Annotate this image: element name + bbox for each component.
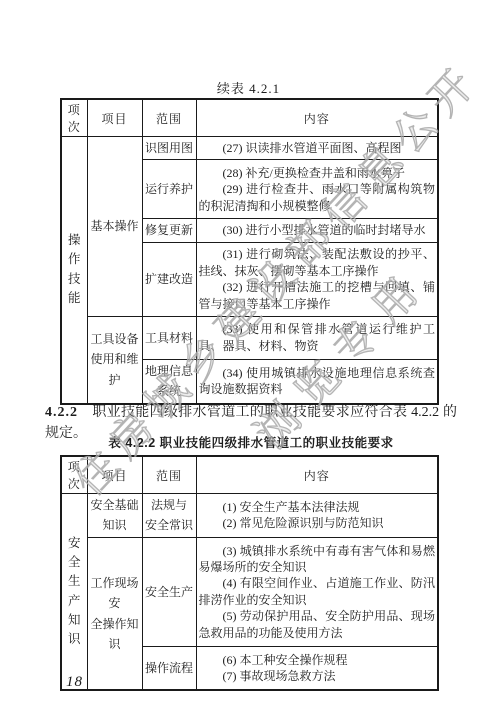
header-item-no: 项次 <box>61 99 87 137</box>
header-content: 内容 <box>196 456 438 494</box>
table-4-2-2: 项次 项目 范围 内容 安全生产知识 安全基础 知识 法规与 安全常识 (1) … <box>60 455 439 691</box>
content-item: (28) 补充/更换检查井盖和雨水箅子 <box>199 165 436 181</box>
table-row: 工具设备 使用和维护 工具材料 (33) 使用和保管排水管道运行维护工具、器具、… <box>61 316 438 359</box>
table-row: 安全生产知识 安全基础 知识 法规与 安全常识 (1) 安全生产基本法律法规 (… <box>61 494 438 538</box>
header-scope: 范围 <box>142 456 196 494</box>
scope-cell: 地理信息 系统 <box>142 359 196 403</box>
table-row: 工作现场安 全操作知识 安全生产 (3) 城镇排水系统中有毒有害气体和易燃易爆场… <box>61 537 438 646</box>
content-cell: (3) 城镇排水系统中有毒有害气体和易燃易爆场所的安全知识 (4) 有限空间作业… <box>196 537 438 646</box>
content-item: (7) 事故现场急救方法 <box>199 668 436 684</box>
scope-cell: 安全生产 <box>142 537 196 646</box>
header-project: 项目 <box>87 99 142 137</box>
header-scope: 范围 <box>142 99 196 137</box>
content-item: (34) 使用城镇排水设施地理信息系统查询设施数据资料 <box>199 365 436 398</box>
project-cell-worksite-safety: 工作现场安 全操作知识 <box>87 537 142 690</box>
content-item: (2) 常见危险源识别与防范知识 <box>199 515 436 531</box>
content-item: (29) 进行检查井、雨水口等附属构筑物的积泥清掏和小规模整修 <box>199 181 436 214</box>
content-item: (3) 城镇排水系统中有毒有害气体和易燃易爆场所的安全知识 <box>199 543 436 576</box>
content-cell: (27) 识读排水管道平面图、高程图 <box>196 137 438 160</box>
content-item: (6) 本工种安全操作规程 <box>199 652 436 668</box>
project-cell-safety-basics: 安全基础 知识 <box>87 494 142 538</box>
content-item: (32) 进行开槽法施工的挖槽与回填、铺管与接口等基本工序操作 <box>199 279 436 312</box>
content-item: (30) 进行小型排水管道的临时封堵导水 <box>199 222 436 238</box>
project-cell-tools-equipment: 工具设备 使用和维护 <box>87 316 142 403</box>
table-header-row: 项次 项目 范围 内容 <box>61 99 438 137</box>
content-item: (1) 安全生产基本法律法规 <box>199 499 436 515</box>
scope-cell: 运行养护 <box>142 160 196 219</box>
scope-cell: 识图用图 <box>142 137 196 160</box>
table-header-row: 项次 项目 范围 内容 <box>61 456 438 494</box>
category-cell-safety-knowledge: 安全生产知识 <box>61 494 87 691</box>
table-4-2-1-continued: 项次 项目 范围 内容 操作技能 基本操作 识图用图 (27) 识读排水管道平面… <box>60 98 439 405</box>
table-row: 操作技能 基本操作 识图用图 (27) 识读排水管道平面图、高程图 <box>61 137 438 160</box>
content-cell: (28) 补充/更换检查井盖和雨水箅子 (29) 进行检查井、雨水口等附属构筑物… <box>196 160 438 219</box>
scope-cell: 扩建改造 <box>142 242 196 316</box>
header-content: 内容 <box>196 99 438 137</box>
section-number: 4.2.2 <box>45 405 78 420</box>
content-cell: (33) 使用和保管排水管道运行维护工具、器具、材料、物资 <box>196 316 438 359</box>
scope-cell: 修复更新 <box>142 219 196 242</box>
content-item: (4) 有限空间作业、占道施工作业、防汛排涝作业的安全知识 <box>199 575 436 608</box>
content-item: (5) 劳动保护用品、安全防护用品、现场急救用品的功能及使用方法 <box>199 608 436 641</box>
scope-cell: 工具材料 <box>142 316 196 359</box>
project-cell-basic-operation: 基本操作 <box>87 137 142 317</box>
content-item: (27) 识读排水管道平面图、高程图 <box>199 140 436 156</box>
content-cell: (30) 进行小型排水管道的临时封堵导水 <box>196 219 438 242</box>
content-item: (31) 进行砌筑法、装配法敷设的抄平、挂线、抹灰、摆砌等基本工序操作 <box>199 246 436 279</box>
table-caption-4-2-2: 表 4.2.2 职业技能四级排水管道工的职业技能要求 <box>45 433 457 451</box>
header-item-no: 项次 <box>61 456 87 494</box>
content-cell: (31) 进行砌筑法、装配法敷设的抄平、挂线、抹灰、摆砌等基本工序操作 (32)… <box>196 242 438 316</box>
document-page: 续表 4.2.1 项次 项目 范围 内容 操作技能 基本操作 识图用图 (2 <box>0 0 500 724</box>
content-cell: (1) 安全生产基本法律法规 (2) 常见危险源识别与防范知识 <box>196 494 438 538</box>
page-number: 18 <box>66 674 83 691</box>
scope-cell: 操作流程 <box>142 646 196 690</box>
scope-cell: 法规与 安全常识 <box>142 494 196 538</box>
continued-table-title: 续表 4.2.1 <box>60 78 437 97</box>
content-item: (33) 使用和保管排水管道运行维护工具、器具、材料、物资 <box>199 321 436 354</box>
category-vertical-label: 安全生产知识 <box>67 534 81 650</box>
category-vertical-label: 操作技能 <box>67 231 81 309</box>
content-cell: (6) 本工种安全操作规程 (7) 事故现场急救方法 <box>196 646 438 690</box>
category-cell-operation-skills: 操作技能 <box>61 137 87 404</box>
content-cell: (34) 使用城镇排水设施地理信息系统查询设施数据资料 <box>196 359 438 403</box>
header-project: 项目 <box>87 456 142 494</box>
